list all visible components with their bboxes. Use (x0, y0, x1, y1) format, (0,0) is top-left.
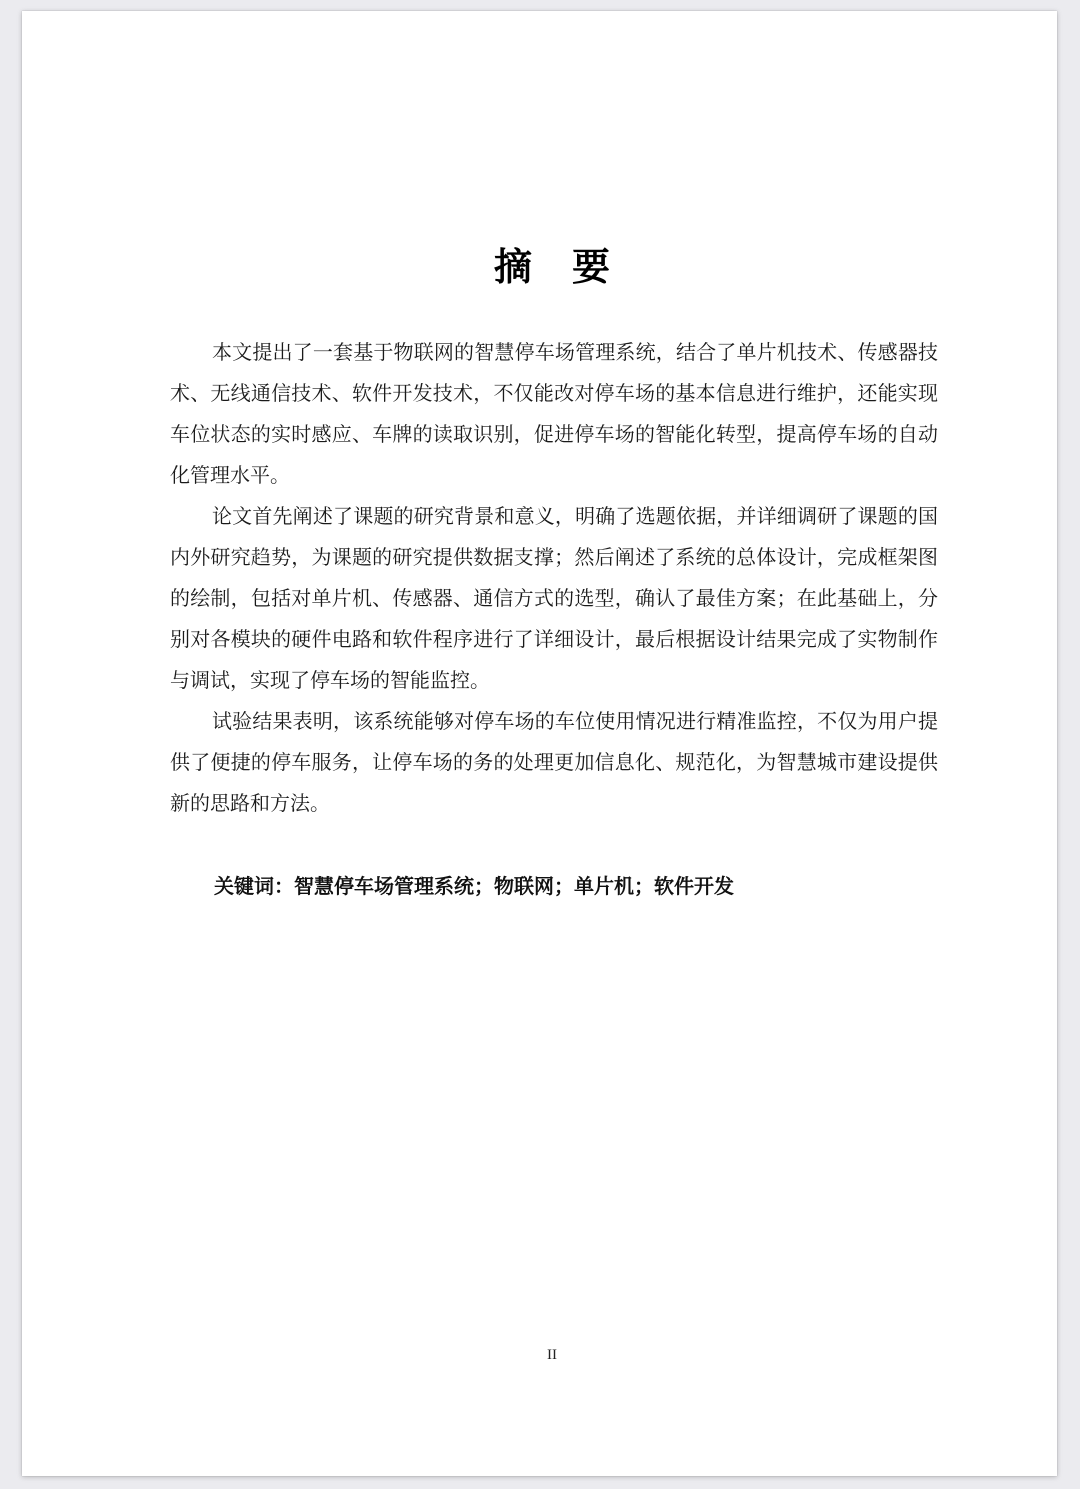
keywords-line: 关键词：智慧停车场管理系统；物联网；单片机；软件开发 (214, 867, 934, 905)
keywords-value: 智慧停车场管理系统；物联网；单片机；软件开发 (294, 874, 734, 898)
title-char-1: 摘 (494, 244, 532, 289)
abstract-body: 本文提出了一套基于物联网的智慧停车场管理系统，结合了单片机技术、传感器技术、无线… (170, 332, 938, 824)
abstract-paragraph-3: 试验结果表明，该系统能够对停车场的车位使用情况进行精准监控，不仅为用户提供了便捷… (170, 701, 938, 824)
abstract-paragraph-1: 本文提出了一套基于物联网的智慧停车场管理系统，结合了单片机技术、传感器技术、无线… (170, 332, 938, 496)
abstract-paragraph-2: 论文首先阐述了课题的研究背景和意义，明确了选题依据，并详细调研了课题的国内外研究… (170, 496, 938, 701)
document-page: 摘要 本文提出了一套基于物联网的智慧停车场管理系统，结合了单片机技术、传感器技术… (22, 11, 1057, 1476)
document-viewer: 摘要 本文提出了一套基于物联网的智慧停车场管理系统，结合了单片机技术、传感器技术… (0, 0, 1080, 1489)
keywords-label: 关键词： (214, 874, 294, 898)
page-number: II (22, 1347, 1080, 1364)
abstract-title: 摘要 (22, 239, 1080, 295)
title-char-2: 要 (572, 244, 610, 289)
